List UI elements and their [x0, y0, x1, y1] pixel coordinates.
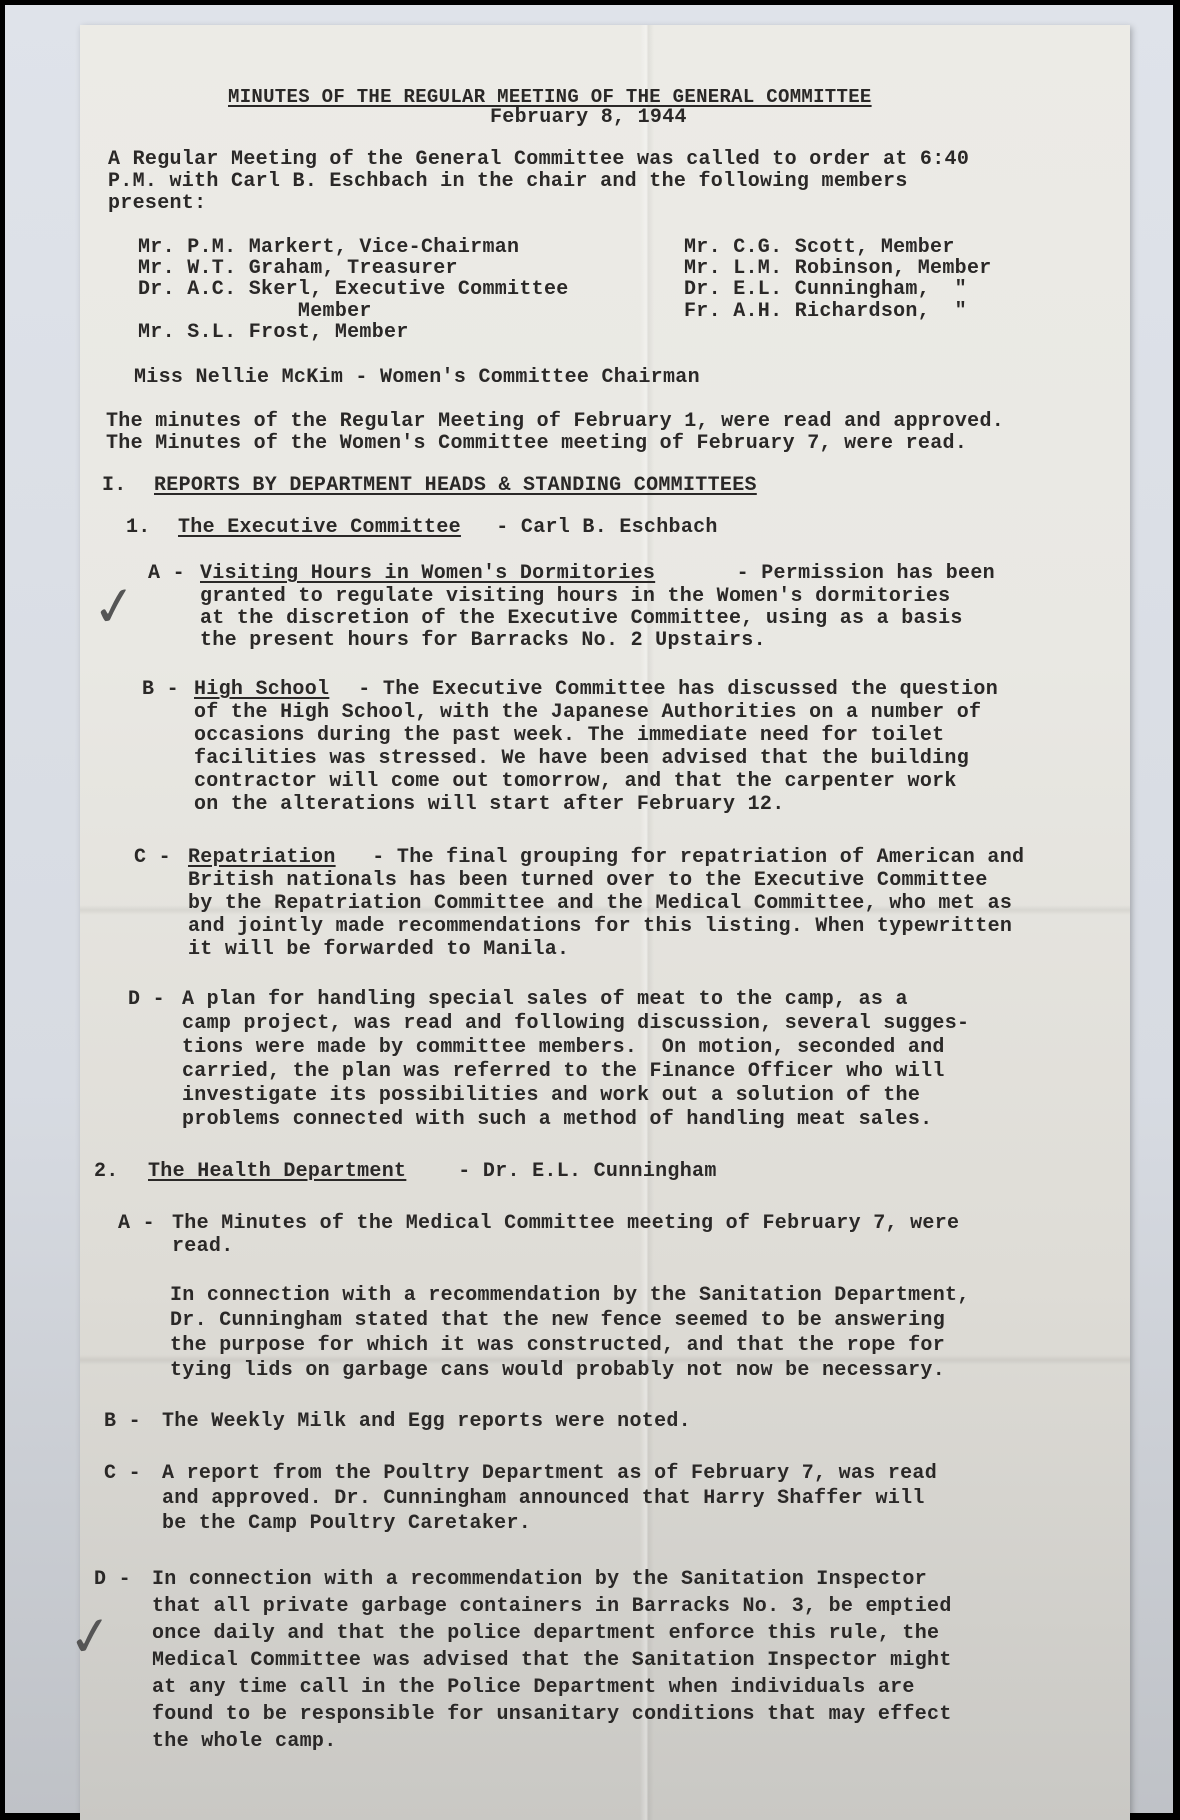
- checkmark-icon: ✓: [64, 1602, 118, 1671]
- item-text: The Minutes of the Medical Committee mee…: [172, 1212, 959, 1235]
- subsection-person: - Carl B. Eschbach: [484, 516, 718, 539]
- item-text: In connection with a recommendation by t…: [152, 1568, 927, 1591]
- section-heading: REPORTS BY DEPARTMENT HEADS & STANDING C…: [154, 474, 757, 497]
- minutes-note: The minutes of the Regular Meeting of Fe…: [106, 410, 1004, 433]
- intro-line: A Regular Meeting of the General Committ…: [108, 148, 969, 171]
- intro-line: P.M. with Carl B. Eschbach in the chair …: [108, 170, 908, 193]
- item-label: B -: [104, 1410, 153, 1433]
- item-text: camp project, was read and following dis…: [182, 1012, 969, 1035]
- item-text: contractor will come out tomorrow, and t…: [194, 770, 957, 793]
- item-title: Repatriation: [188, 846, 336, 869]
- item-label: B -: [142, 678, 191, 701]
- item-text: In connection with a recommendation by t…: [170, 1284, 970, 1307]
- item-label: D -: [94, 1568, 143, 1591]
- item-text: be the Camp Poultry Caretaker.: [162, 1512, 531, 1535]
- member-entry: Member: [138, 300, 372, 323]
- subsection-person: - Dr. E.L. Cunningham: [446, 1160, 717, 1183]
- subsection-number: 2.: [94, 1160, 119, 1183]
- item-text: carried, the plan was referred to the Fi…: [182, 1060, 945, 1083]
- item-text: once daily and that the police departmen…: [152, 1622, 939, 1645]
- item-text: - Permission has been: [712, 562, 995, 585]
- member-entry: Mr. L.M. Robinson, Member: [684, 257, 992, 280]
- item-text: at any time call in the Police Departmen…: [152, 1676, 915, 1699]
- item-text: found to be responsible for unsanitary c…: [152, 1703, 952, 1726]
- member-entry: Dr. E.L. Cunningham, ": [684, 278, 967, 301]
- item-text: and jointly made recommendations for thi…: [188, 915, 1012, 938]
- member-entry: Fr. A.H. Richardson, ": [684, 300, 967, 323]
- item-text: granted to regulate visiting hours in th…: [200, 585, 950, 608]
- subsection-heading: The Executive Committee: [178, 516, 461, 539]
- item-text: facilities was stressed. We have been ad…: [194, 747, 969, 770]
- item-text: it will be forwarded to Manila.: [188, 938, 569, 961]
- member-entry: Dr. A.C. Skerl, Executive Committee: [138, 278, 569, 301]
- item-text: the purpose for which it was constructed…: [170, 1334, 945, 1357]
- item-text: tying lids on garbage cans would probabl…: [170, 1359, 945, 1382]
- section-number: I.: [102, 474, 127, 497]
- member-entry: Mr. P.M. Markert, Vice-Chairman: [138, 236, 519, 259]
- checkmark-icon: ✓: [88, 572, 142, 641]
- item-text: occasions during the past week. The imme…: [194, 724, 944, 747]
- item-text: and approved. Dr. Cunningham announced t…: [162, 1487, 925, 1510]
- item-title: Visiting Hours in Women's Dormitories: [200, 562, 655, 585]
- member-entry: Mr. W.T. Graham, Treasurer: [138, 257, 458, 280]
- item-text: Medical Committee was advised that the S…: [152, 1649, 952, 1672]
- intro-line: present:: [108, 192, 206, 215]
- womens-committee-chair: Miss Nellie McKim - Women's Committee Ch…: [134, 366, 700, 389]
- item-text: Dr. Cunningham stated that the new fence…: [170, 1309, 945, 1332]
- item-text: the whole camp.: [152, 1730, 337, 1753]
- item-text: that all private garbage containers in B…: [152, 1595, 952, 1618]
- item-label: A -: [118, 1212, 167, 1235]
- item-text: at the discretion of the Executive Commi…: [200, 607, 963, 630]
- subsection-number: 1.: [126, 516, 151, 539]
- item-title: High School: [194, 678, 329, 701]
- item-text: by the Repatriation Committee and the Me…: [188, 892, 1012, 915]
- item-label: A -: [148, 562, 197, 585]
- item-text: of the High School, with the Japanese Au…: [194, 701, 981, 724]
- item-text: A report from the Poultry Department as …: [162, 1462, 937, 1485]
- member-entry: Mr. S.L. Frost, Member: [138, 321, 409, 344]
- item-text: on the alterations will start after Febr…: [194, 793, 785, 816]
- item-text: read.: [172, 1235, 234, 1258]
- item-label: C -: [104, 1462, 153, 1485]
- item-text: problems connected with such a method of…: [182, 1108, 932, 1131]
- item-text: - The Executive Committee has discussed …: [346, 678, 998, 701]
- item-text: - The final grouping for repatriation of…: [360, 846, 1024, 869]
- subsection-heading: The Health Department: [148, 1160, 406, 1183]
- item-text: investigate its possibilities and work o…: [182, 1084, 920, 1107]
- item-text: British nationals has been turned over t…: [188, 869, 988, 892]
- item-text: tions were made by committee members. On…: [182, 1036, 945, 1059]
- member-entry: Mr. C.G. Scott, Member: [684, 236, 955, 259]
- item-text: A plan for handling special sales of mea…: [182, 988, 908, 1011]
- item-label: D -: [128, 988, 177, 1011]
- minutes-note: The Minutes of the Women's Committee mee…: [106, 432, 967, 455]
- item-text: The Weekly Milk and Egg reports were not…: [162, 1410, 691, 1433]
- item-label: C -: [134, 846, 183, 869]
- item-text: the present hours for Barracks No. 2 Ups…: [200, 629, 766, 652]
- document-date: February 8, 1944: [490, 106, 687, 129]
